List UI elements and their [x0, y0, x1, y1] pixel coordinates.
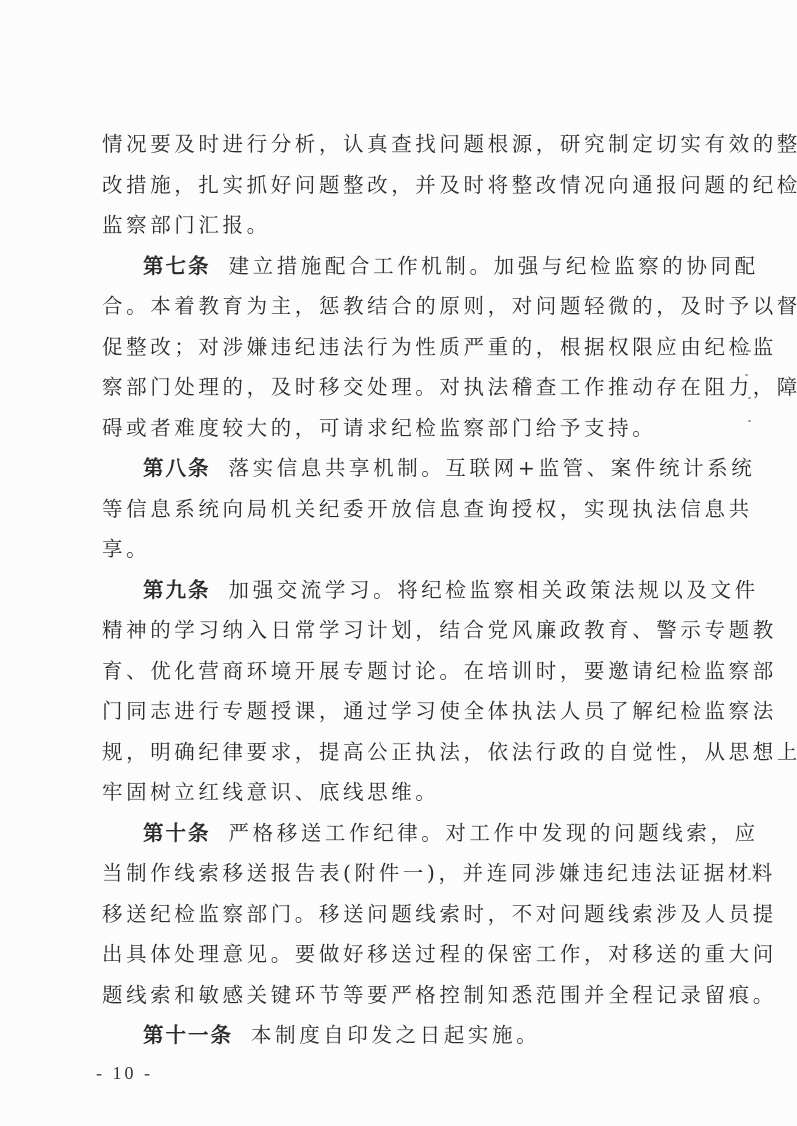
text-line: 牢固树立红线意识、底线思维。 — [102, 772, 698, 813]
document-body: 情况要及时进行分析，认真查找问题根源，研究制定切实有效的整 改措施，扎实抓好问题… — [102, 124, 698, 1056]
text-line: 碍或者难度较大的，可请求纪检监察部门给予支持。 — [102, 408, 698, 449]
article-title: 第八条 — [143, 456, 211, 480]
text-line: 等信息系统向局机关纪委开放信息查询授权，实现执法信息共 — [102, 489, 698, 530]
article-7: 第七条建立措施配合工作机制。加强与纪检监察的协同配 合。本着教育为主，惩教结合的… — [102, 246, 698, 449]
article-first-line: 第十一条本制度自印发之日起实施。 — [102, 1015, 698, 1056]
article-first-line: 第九条加强交流学习。将纪检监察相关政策法规以及文件 — [102, 570, 698, 611]
article-11: 第十一条本制度自印发之日起实施。 — [102, 1015, 698, 1056]
article-text: 建立措施配合工作机制。加强与纪检监察的协同配 — [229, 254, 759, 278]
article-first-line: 第七条建立措施配合工作机制。加强与纪检监察的协同配 — [102, 246, 698, 287]
article-first-line: 第十条严格移送工作纪律。对工作中发现的问题线索，应 — [102, 813, 698, 854]
text-line: 精神的学习纳入日常学习计划，结合党风廉政教育、警示专题教 — [102, 610, 698, 651]
text-line: 出具体处理意见。要做好移送过程的保密工作，对移送的重大问 — [102, 934, 698, 975]
article-title: 第九条 — [143, 578, 211, 602]
paragraph-continuation: 情况要及时进行分析，认真查找问题根源，研究制定切实有效的整 改措施，扎实抓好问题… — [102, 124, 698, 246]
article-first-line: 第八条落实信息共享机制。互联网+监管、案件统计系统 — [102, 448, 698, 489]
scan-mark — [748, 397, 751, 399]
text-line: 合。本着教育为主，惩教结合的原则，对问题轻微的，及时予以督 — [102, 286, 698, 327]
article-title: 第十条 — [143, 821, 211, 845]
article-text: 落实信息共享机制。互联网+监管、案件统计系统 — [229, 456, 756, 480]
text-line: 门同志进行专题授课，通过学习使全体执法人员了解纪检监察法 — [102, 691, 698, 732]
article-9: 第九条加强交流学习。将纪检监察相关政策法规以及文件 精神的学习纳入日常学习计划，… — [102, 570, 698, 813]
text-line: 监察部门汇报。 — [102, 205, 698, 246]
document-page: 情况要及时进行分析，认真查找问题根源，研究制定切实有效的整 改措施，扎实抓好问题… — [0, 0, 797, 1126]
article-text: 严格移送工作纪律。对工作中发现的问题线索，应 — [229, 821, 759, 845]
text-line: 改措施，扎实抓好问题整改，并及时将整改情况向通报问题的纪检 — [102, 165, 698, 206]
text-line: 育、优化营商环境开展专题讨论。在培训时，要邀请纪检监察部 — [102, 651, 698, 692]
scan-mark — [745, 374, 748, 376]
text-line: 享。 — [102, 529, 698, 570]
scan-mark — [748, 878, 751, 880]
text-line: 情况要及时进行分析，认真查找问题根源，研究制定切实有效的整 — [102, 124, 698, 165]
text-line: 当制作线索移送报告表(附件一)，并连同涉嫌违纪违法证据材料 — [102, 853, 698, 894]
text-line: 移送纪检监察部门。移送问题线索时，不对问题线索涉及人员提 — [102, 894, 698, 935]
article-10: 第十条严格移送工作纪律。对工作中发现的问题线索，应 当制作线索移送报告表(附件一… — [102, 813, 698, 1016]
article-8: 第八条落实信息共享机制。互联网+监管、案件统计系统 等信息系统向局机关纪委开放信… — [102, 448, 698, 570]
article-text: 加强交流学习。将纪检监察相关政策法规以及文件 — [229, 578, 759, 602]
text-line: 察部门处理的，及时移交处理。对执法稽查工作推动存在阻力，障 — [102, 367, 698, 408]
text-line: 促整改；对涉嫌违纪违法行为性质严重的，根据权限应由纪检监 — [102, 327, 698, 368]
page-number: - 10 - — [96, 1063, 153, 1084]
article-title: 第七条 — [143, 254, 211, 278]
text-line: 题线索和敏感关键环节等要严格控制知悉范围并全程记录留痕。 — [102, 975, 698, 1016]
article-title: 第十一条 — [143, 1023, 233, 1047]
text-line: 规，明确纪律要求，提高公正执法，依法行政的自觉性，从思想上 — [102, 732, 698, 773]
scan-mark — [748, 420, 751, 422]
article-text: 本制度自印发之日起实施。 — [251, 1023, 540, 1047]
scan-mark — [748, 836, 751, 838]
scan-mark — [746, 350, 751, 352]
